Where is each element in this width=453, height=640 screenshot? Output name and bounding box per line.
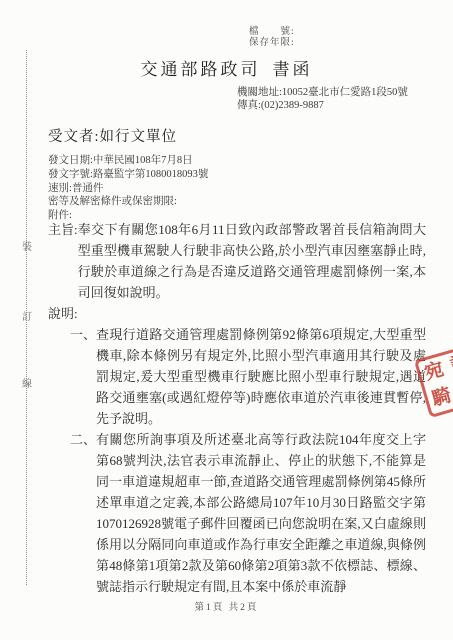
letter-body: 主旨: 奉交下有關您108年6月11日致內政部警政署首長信箱詢問大型重型機車駕駛… bbox=[48, 219, 426, 597]
document-title: 交通部路政司書函 bbox=[0, 55, 453, 80]
explanation-label: 說明: bbox=[48, 303, 426, 324]
agency-name: 交通部路政司 bbox=[141, 60, 261, 79]
file-number-label: 檔 號: bbox=[249, 27, 295, 38]
seal-char-1: 宛 bbox=[423, 360, 447, 384]
agency-address-label: 機關地址: bbox=[237, 87, 282, 98]
dispatch-meta-block: 發文日期:中華民國108年7月8日 發文字號:路臺監字第1080018093號 … bbox=[48, 154, 208, 223]
recipient-label: 受文者: bbox=[48, 129, 100, 145]
binding-mark-zhuang: 裝 bbox=[20, 242, 34, 254]
explanation-item-2: 二、 有關您所詢事項及所述臺北高等行政法院104年度交上字第68號判決,法官表示… bbox=[70, 429, 426, 597]
priority-line: 速別:普通件 bbox=[48, 182, 208, 196]
item-1-number: 一、 bbox=[70, 324, 96, 345]
seal-char-2: 誌 bbox=[448, 353, 453, 377]
dispatch-date-label: 發文日期: bbox=[48, 155, 93, 166]
priority-value: 普通件 bbox=[72, 183, 104, 194]
classification-line: 密等及解密條件或保密期限: bbox=[48, 195, 208, 209]
item-2-text: 有關您所詢事項及所述臺北高等行政法院104年度交上字第68號判決,法官表示車流靜… bbox=[96, 429, 426, 597]
dispatch-date-value: 中華民國108年7月8日 bbox=[93, 155, 193, 166]
subject-label: 主旨: bbox=[48, 219, 78, 240]
subject-paragraph: 主旨: 奉交下有關您108年6月11日致內政部警政署首長信箱詢問大型重型機車駕駛… bbox=[48, 219, 426, 303]
priority-label: 速別: bbox=[48, 183, 72, 194]
dispatch-number-value: 路臺監字第1080018093號 bbox=[93, 169, 209, 180]
page-number: 第1頁 共2頁 bbox=[0, 599, 453, 613]
dispatch-number-label: 發文字號: bbox=[48, 169, 93, 180]
agency-address-line: 機關地址:10052臺北市仁愛路1段50號 bbox=[237, 86, 408, 99]
fax-label: 傳真: bbox=[237, 100, 261, 111]
recipient-value: 如行文單位 bbox=[100, 129, 178, 145]
classification-label: 密等及解密條件或保密期限: bbox=[48, 196, 177, 207]
explanation-items: 一、 查現行道路交通管理處罰條例第92條第6項規定,大型重型機車,除本條例另有規… bbox=[70, 324, 426, 597]
item-1-text: 查現行道路交通管理處罰條例第92條第6項規定,大型重型機車,除本條例另有規定外,… bbox=[96, 324, 426, 429]
seal-char-3: 騎 bbox=[430, 386, 453, 410]
document-type: 書函 bbox=[273, 60, 313, 79]
binding-line: 裝 訂 線 bbox=[26, 50, 27, 585]
dispatch-number-line: 發文字號:路臺監字第1080018093號 bbox=[48, 168, 208, 182]
agency-contact-block: 機關地址:10052臺北市仁愛路1段50號 傳真:(02)2389-9887 bbox=[237, 86, 408, 112]
explanation-item-1: 一、 查現行道路交通管理處罰條例第92條第6項規定,大型重型機車,除本條例另有規… bbox=[70, 324, 426, 429]
item-2-number: 二、 bbox=[70, 429, 96, 450]
official-letter-page: 裝 訂 線 檔 號: 保存年限: 交通部路政司書函 機關地址:10052臺北市仁… bbox=[0, 0, 453, 640]
fax-line: 傳真:(02)2389-9887 bbox=[237, 99, 408, 112]
filing-info: 檔 號: 保存年限: bbox=[249, 27, 295, 49]
subject-text: 奉交下有關您108年6月11日致內政部警政署首長信箱詢問大型重型機車駕駛人行駛非… bbox=[78, 219, 426, 303]
fax-value: (02)2389-9887 bbox=[261, 100, 324, 111]
dispatch-date-line: 發文日期:中華民國108年7月8日 bbox=[48, 154, 208, 168]
binding-mark-ding: 訂 bbox=[20, 312, 34, 324]
retention-period-label: 保存年限: bbox=[249, 38, 295, 49]
binding-mark-xian: 線 bbox=[20, 379, 34, 391]
recipient-line: 受文者:如行文單位 bbox=[48, 125, 177, 146]
agency-address-value: 10052臺北市仁愛路1段50號 bbox=[282, 87, 408, 98]
